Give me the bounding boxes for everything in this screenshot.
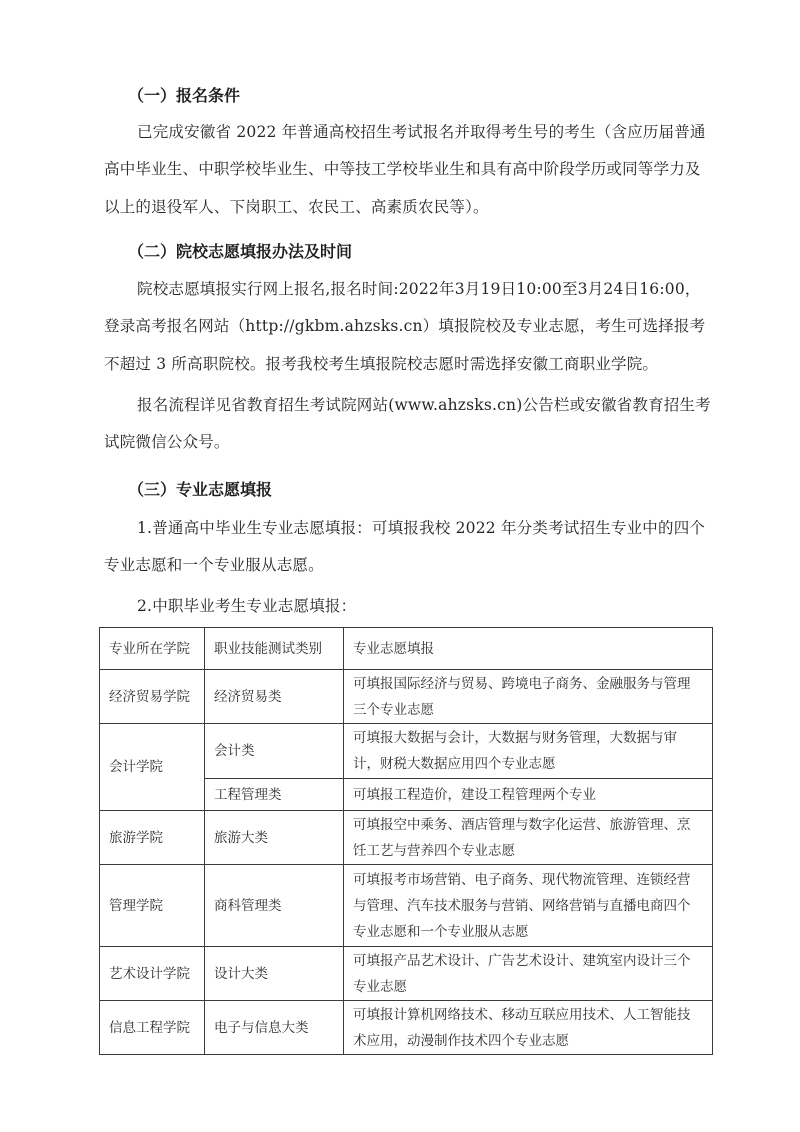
- choices-cell: 可填报考市场营销、电子商务、现代物流管理、连锁经营与管理、汽车技术服务与营销、网…: [344, 865, 713, 947]
- paragraph-line: 以上的退役军人、下岗职工、农民工、高素质农民等）。: [104, 195, 704, 217]
- section-heading-application-method: （二）院校志愿填报办法及时间: [128, 239, 352, 262]
- paragraph-line: 已完成安徽省 2022 年普通高校招生考试报名并取得考生号的考生（含应历届普通: [137, 120, 737, 142]
- college-cell: 旅游学院: [100, 811, 205, 865]
- choices-cell: 可填报国际经济与贸易、跨境电子商务、金融服务与管理三个专业志愿: [344, 670, 713, 724]
- paragraph-line: 不超过 3 所高职院校。报考我校考生填报院校志愿时需选择安徽工商职业学院。: [104, 352, 704, 374]
- paragraph-line: 专业志愿和一个专业服从志愿。: [104, 553, 704, 575]
- paragraph-line: 报名流程详见省教育招生考试院网站(www.ahzsks.cn)公告栏或安徽省教育…: [137, 393, 737, 415]
- college-cell: 经济贸易学院: [100, 670, 205, 724]
- category-cell: 工程管理类: [205, 779, 344, 811]
- college-cell: 管理学院: [100, 865, 205, 947]
- major-choices-table: 专业所在学院 职业技能测试类别 专业志愿填报 经济贸易学院 经济贸易类 可填报国…: [99, 627, 713, 1055]
- college-cell: 信息工程学院: [100, 1001, 205, 1055]
- paragraph-line: 试院微信公众号。: [104, 430, 704, 452]
- choices-text: 可填报计算机网络技术、移动互联应用技术、人工智能技术应用，动漫制作技术四个专业志…: [353, 1002, 703, 1054]
- header-cell-category: 职业技能测试类别: [205, 628, 344, 670]
- table-row: 管理学院 商科管理类 可填报考市场营销、电子商务、现代物流管理、连锁经营与管理、…: [100, 865, 713, 947]
- table-row: 会计学院 会计类 可填报大数据与会计，大数据与财务管理，大数据与审计，财税大数据…: [100, 724, 713, 779]
- college-cell: 会计学院: [100, 724, 205, 811]
- table-header-row: 专业所在学院 职业技能测试类别 专业志愿填报: [100, 628, 713, 670]
- category-cell: 设计大类: [205, 947, 344, 1001]
- section-heading-registration-conditions: （一）报名条件: [128, 83, 240, 106]
- choices-text: 可填报产品艺术设计、广告艺术设计、建筑室内设计三个专业志愿: [353, 948, 703, 1000]
- category-cell: 会计类: [205, 724, 344, 779]
- choices-text: 可填报工程造价，建设工程管理两个专业: [353, 782, 703, 808]
- choices-text: 可填报大数据与会计，大数据与财务管理，大数据与审计，财税大数据应用四个专业志愿: [353, 725, 703, 777]
- paragraph-line: 1.普通高中毕业生专业志愿填报：可填报我校 2022 年分类考试招生专业中的四个: [137, 516, 737, 538]
- table-row: 旅游学院 旅游大类 可填报空中乘务、酒店管理与数字化运营、旅游管理、烹饪工艺与营…: [100, 811, 713, 865]
- choices-text: 可填报空中乘务、酒店管理与数字化运营、旅游管理、烹饪工艺与营养四个专业志愿: [353, 812, 703, 864]
- header-cell-choices: 专业志愿填报: [344, 628, 713, 670]
- choices-cell: 可填报产品艺术设计、广告艺术设计、建筑室内设计三个专业志愿: [344, 947, 713, 1001]
- category-cell: 电子与信息大类: [205, 1001, 344, 1055]
- college-cell: 艺术设计学院: [100, 947, 205, 1001]
- choices-text: 可填报考市场营销、电子商务、现代物流管理、连锁经营与管理、汽车技术服务与营销、网…: [353, 867, 703, 945]
- paragraph-line: 2.中职毕业考生专业志愿填报：: [137, 594, 737, 616]
- choices-cell: 可填报大数据与会计，大数据与财务管理，大数据与审计，财税大数据应用四个专业志愿: [344, 724, 713, 779]
- category-cell: 商科管理类: [205, 865, 344, 947]
- choices-cell: 可填报计算机网络技术、移动互联应用技术、人工智能技术应用，动漫制作技术四个专业志…: [344, 1001, 713, 1055]
- table-row: 艺术设计学院 设计大类 可填报产品艺术设计、广告艺术设计、建筑室内设计三个专业志…: [100, 947, 713, 1001]
- document-page: （一）报名条件 已完成安徽省 2022 年普通高校招生考试报名并取得考生号的考生…: [0, 0, 800, 1132]
- header-cell-college: 专业所在学院: [100, 628, 205, 670]
- choices-text: 可填报国际经济与贸易、跨境电子商务、金融服务与管理三个专业志愿: [353, 671, 703, 723]
- table-row: 经济贸易学院 经济贸易类 可填报国际经济与贸易、跨境电子商务、金融服务与管理三个…: [100, 670, 713, 724]
- category-cell: 经济贸易类: [205, 670, 344, 724]
- table-row: 信息工程学院 电子与信息大类 可填报计算机网络技术、移动互联应用技术、人工智能技…: [100, 1001, 713, 1055]
- choices-cell: 可填报工程造价，建设工程管理两个专业: [344, 779, 713, 811]
- choices-cell: 可填报空中乘务、酒店管理与数字化运营、旅游管理、烹饪工艺与营养四个专业志愿: [344, 811, 713, 865]
- section-heading-major-choices: （三）专业志愿填报: [128, 477, 272, 500]
- paragraph-line: 院校志愿填报实行网上报名,报名时间:2022年3月19日10:00至3月24日1…: [137, 277, 737, 299]
- paragraph-line: 高中毕业生、中职学校毕业生、中等技工学校毕业生和具有高中阶段学历或同等学力及: [104, 157, 704, 179]
- category-cell: 旅游大类: [205, 811, 344, 865]
- paragraph-line: 登录高考报名网站（http://gkbm.ahzsks.cn）填报院校及专业志愿…: [104, 314, 704, 336]
